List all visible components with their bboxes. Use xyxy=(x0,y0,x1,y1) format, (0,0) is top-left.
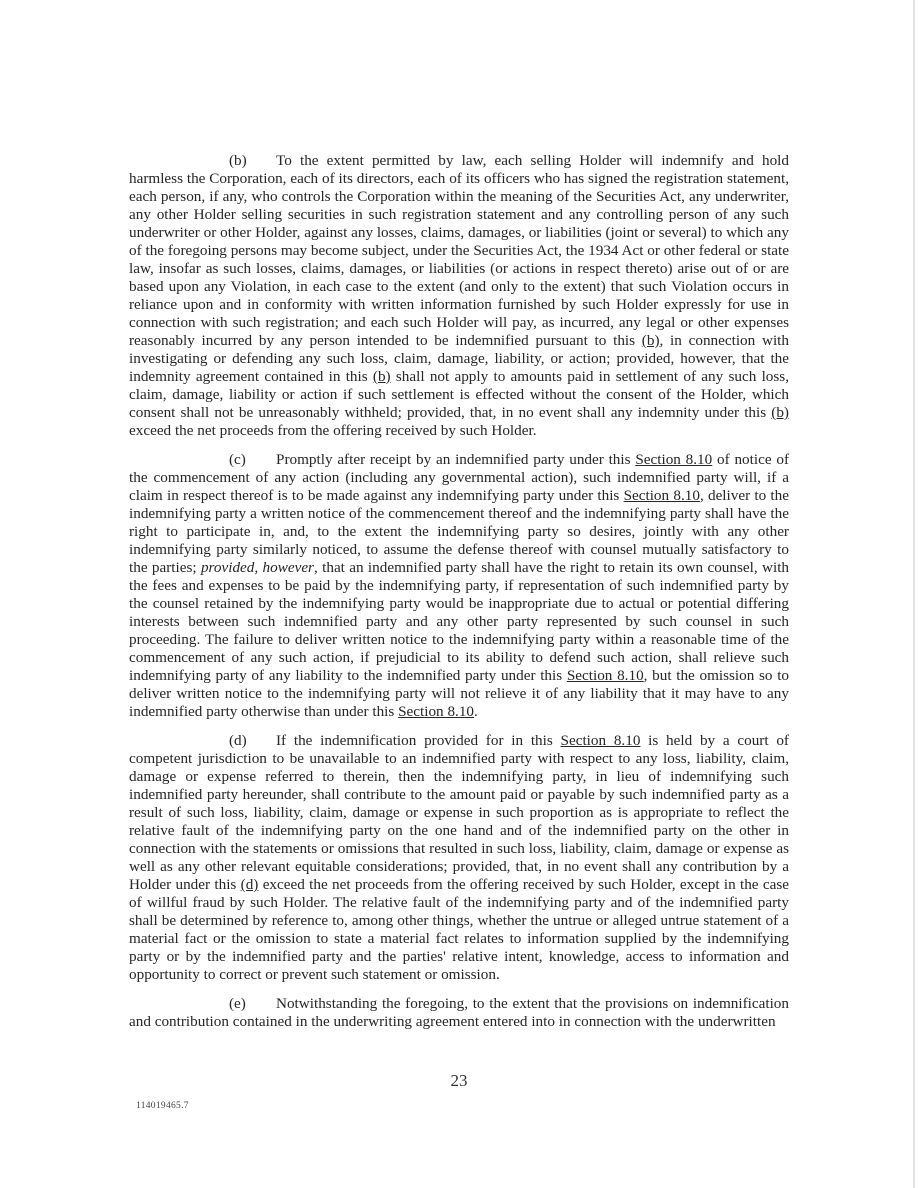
cross-reference: (b) xyxy=(771,404,789,421)
paragraph-text: is held by a court of competent jurisdic… xyxy=(129,732,789,893)
paragraph-b: (b)To the extent permitted by law, each … xyxy=(129,152,789,440)
paragraph-text: , that an indemnified party shall have t… xyxy=(129,559,789,684)
italic-phrase: provided, however xyxy=(201,559,314,576)
page-edge-shadow xyxy=(913,0,915,1188)
paragraph-label: (b) xyxy=(229,152,276,170)
paragraph-label: (c) xyxy=(229,451,276,469)
section-reference: Section 8.10 xyxy=(561,732,641,749)
paragraph-label: (e) xyxy=(229,995,276,1013)
paragraph-text: . xyxy=(474,703,478,720)
cross-reference: (d) xyxy=(241,876,259,893)
paragraph-e: (e)Notwithstanding the foregoing, to the… xyxy=(129,995,789,1031)
paragraph-text: If the indemnification provided for in t… xyxy=(276,732,561,749)
cross-reference: (b) xyxy=(642,332,660,349)
document-body: (b)To the extent permitted by law, each … xyxy=(129,152,789,1042)
page-number: 23 xyxy=(0,1071,918,1091)
document-id: 114019465.7 xyxy=(136,1101,189,1111)
cross-reference: (b) xyxy=(373,368,391,385)
paragraph-d: (d)If the indemnification provided for i… xyxy=(129,732,789,984)
section-reference: Section 8.10 xyxy=(624,487,700,504)
paragraph-text: To the extent permitted by law, each sel… xyxy=(129,152,789,349)
paragraph-text: Notwithstanding the foregoing, to the ex… xyxy=(129,995,789,1030)
paragraph-label: (d) xyxy=(229,732,276,750)
section-reference: Section 8.10 xyxy=(567,667,644,684)
paragraph-c: (c)Promptly after receipt by an indemnif… xyxy=(129,451,789,721)
section-reference: Section 8.10 xyxy=(398,703,474,720)
paragraph-text: Promptly after receipt by an indemnified… xyxy=(276,451,635,468)
paragraph-text: exceed the net proceeds from the offerin… xyxy=(129,422,537,439)
section-reference: Section 8.10 xyxy=(635,451,712,468)
